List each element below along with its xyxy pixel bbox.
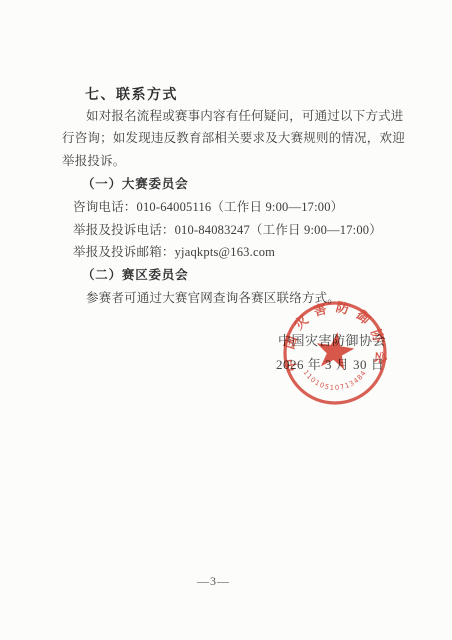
seal-star-icon bbox=[314, 330, 357, 371]
seal-code-number: 11010510713484 bbox=[302, 369, 369, 392]
intro-paragraph-line: 举报投诉。 bbox=[62, 151, 126, 169]
svg-text:11010510713484: 11010510713484 bbox=[302, 369, 369, 392]
subsection-title-region: （二）赛区委员会 bbox=[82, 265, 188, 283]
report-email-line: 举报及投诉邮箱：yjaqkpts@163.com bbox=[73, 242, 275, 260]
intro-paragraph-line: 如对报名流程或赛事内容有任何疑问，可通过以下方式进 bbox=[86, 106, 404, 124]
scanned-document-page: 七、联系方式 如对报名流程或赛事内容有任何疑问，可通过以下方式进 行咨询；如发现… bbox=[0, 0, 452, 640]
intro-paragraph-line: 行咨询；如发现违反教育部相关要求及大赛规则的情况，欢迎 bbox=[62, 128, 405, 146]
report-phone-line: 举报及投诉电话：010-84083247（工作日 9:00—17:00） bbox=[73, 220, 382, 238]
contact-phone-line: 咨询电话：010-64005116（工作日 9:00—17:00） bbox=[73, 197, 343, 215]
svg-text:中国灾害防御协会: 中国灾害防御协会 bbox=[281, 299, 389, 373]
subsection-title-committee: （一）大赛委员会 bbox=[82, 174, 188, 192]
official-seal-stamp-icon: 中国灾害防御协会 11010510713484 bbox=[280, 298, 390, 408]
seal-ring-text: 中国灾害防御协会 bbox=[281, 299, 389, 373]
page-number: —3— bbox=[197, 574, 230, 589]
section-heading: 七、联系方式 bbox=[85, 84, 178, 104]
